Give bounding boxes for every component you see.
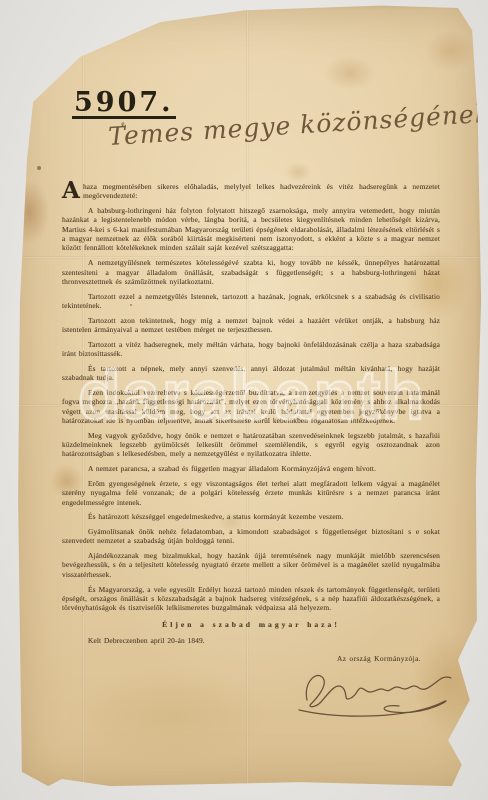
body-paragraph: Meg vagyok győződve, hogy önök e nemzet … xyxy=(62,431,440,459)
body-paragraph: Ezen indokoktól vezéreltetve s kötelessé… xyxy=(62,388,440,425)
body-paragraph: Tartozott ezzel a nemzetgyűlés Istennek,… xyxy=(62,292,440,311)
body-paragraph: És határozott készséggel engedelmeskedve… xyxy=(62,512,440,521)
dateline: Kelt Debreczenben april 20-án 1849. xyxy=(62,636,440,645)
body-paragraph: A nemzetgyűlésnek természetes kötelesség… xyxy=(62,258,440,286)
stain xyxy=(8,180,50,244)
body-paragraph-text: haza megmentésében sikeres előhaladás, m… xyxy=(83,182,440,200)
document-number: 5907. xyxy=(72,90,176,119)
speck xyxy=(37,166,41,170)
signer-title: Az ország Kormányzója. xyxy=(274,654,484,663)
paper-sheet: 5907. e. Temes megye közönségének Ahaza … xyxy=(12,4,482,794)
body-paragraph: A nemzet parancsa, a szabad és független… xyxy=(62,464,440,473)
body-paragraph: Erőm gyengeségének érzete, s egy viszont… xyxy=(62,479,440,507)
body-paragraph: Ahaza megmentésében sikeres előhaladás, … xyxy=(62,182,440,201)
body-paragraph: A habsburg-lothringeni ház folyton folyt… xyxy=(62,206,440,253)
body-paragraph: És tartozott a népnek, mely annyi szenve… xyxy=(62,364,440,383)
drop-cap: A xyxy=(62,183,80,199)
proclamation-body: Ahaza megmentésében sikeres előhaladás, … xyxy=(62,182,440,718)
kossuth-signature xyxy=(293,666,465,718)
closing-slogan: Éljen a szabad magyar haza! xyxy=(62,620,440,629)
signature-block: Az ország Kormányzója. xyxy=(274,654,484,717)
stain xyxy=(284,162,312,182)
stain xyxy=(324,56,376,90)
body-paragraph: Gyámolítsanak önök nehéz feladatomban, a… xyxy=(62,527,440,546)
body-paragraph: Tartozott azon tekintetnek, hogy míg a n… xyxy=(62,316,440,335)
photo-background: 5907. e. Temes megye közönségének Ahaza … xyxy=(0,0,488,800)
body-paragraph: Ajándékozzanak meg bizalmukkal, hogy haz… xyxy=(62,551,440,579)
body-paragraph: Tartozott a vitéz hadseregnek, mely mélt… xyxy=(62,340,440,359)
stain xyxy=(424,30,476,72)
body-paragraph: És Magyarország, a vele egyesült Erdélyt… xyxy=(62,585,440,613)
